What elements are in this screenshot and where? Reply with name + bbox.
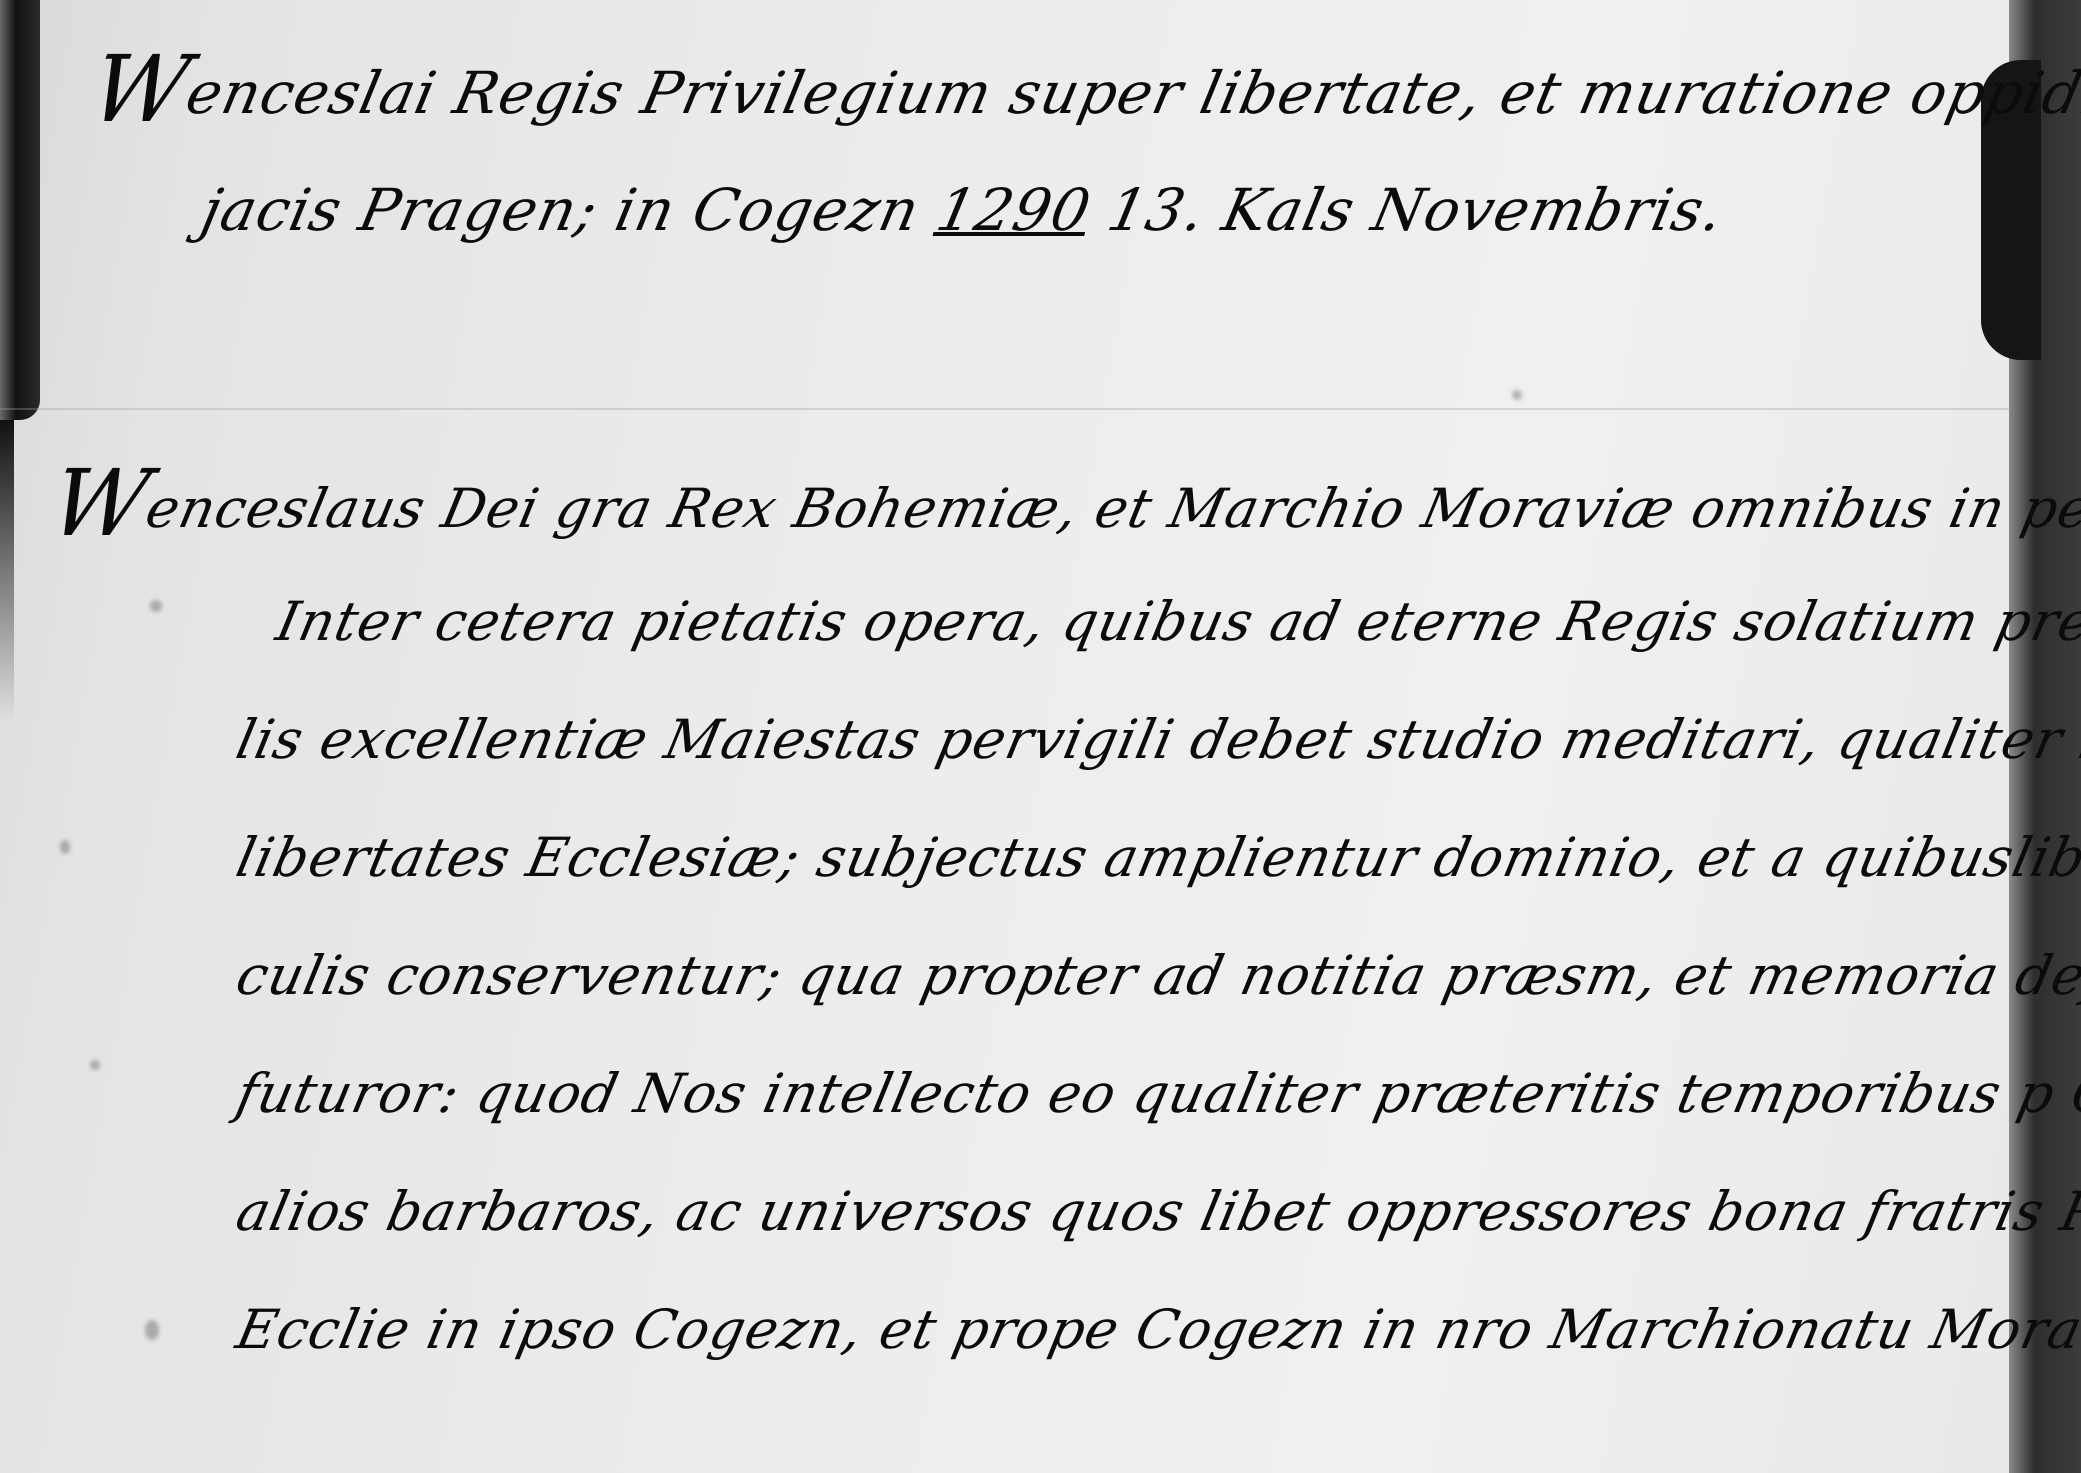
body-line-text: libertates Ecclesiæ; subjectus amplientu… (231, 826, 2081, 889)
body-line-2: Inter cetera pietatis opera, quibus ad e… (40, 563, 2025, 681)
body-line-text: futuror: quod Nos intellecto eo qualiter… (231, 1062, 2081, 1125)
body-line-text: culis conserventur; qua propter ad notit… (231, 944, 2081, 1007)
body-line-text: Ecclie in ipso Cogezn, et prope Cogezn i… (231, 1298, 2081, 1361)
ink-speck (1512, 390, 1522, 400)
heading-date: 13. Kals Novembris. (1102, 176, 1730, 244)
body-line-text: lis excellentiæ Maiestas pervigili debet… (231, 708, 2081, 771)
document-heading: Wenceslai Regis Privilegium super libert… (80, 30, 1980, 270)
document-body: Wenceslaus Dei gra Rex Bohemiæ, et March… (40, 445, 2000, 1389)
body-line-1: Wenceslaus Dei gra Rex Bohemiæ, et March… (40, 445, 2025, 563)
heading-line-1-text: enceslai Regis Privilegium super liberta… (180, 59, 2081, 127)
body-line-7: alios barbaros, ac universos quos libet … (40, 1153, 2025, 1271)
body-line-6: futuror: quod Nos intellecto eo qualiter… (40, 1035, 2025, 1153)
body-line-text: enceslaus Dei gra Rex Bohemiæ, et Marchi… (140, 477, 2081, 540)
page-edge-left-shadow (0, 420, 14, 720)
body-line-text: alios barbaros, ac universos quos libet … (231, 1180, 2081, 1243)
body-line-3: lis excellentiæ Maiestas pervigili debet… (40, 681, 2025, 799)
manuscript-page: Wenceslai Regis Privilegium super libert… (0, 0, 2081, 1473)
page-edge-left (0, 0, 40, 420)
body-line-5: culis conserventur; qua propter ad notit… (40, 917, 2025, 1035)
body-line-text: Inter cetera pietatis opera, quibus ad e… (271, 590, 2081, 653)
heading-place: jacis Pragen; in Cogezn (196, 176, 926, 244)
heading-year: 1290 (931, 176, 1097, 244)
photo-seam (0, 408, 2010, 410)
heading-line-2: jacis Pragen; in Cogezn 1290 13. Kals No… (80, 150, 2006, 270)
heading-line-1: Wenceslai Regis Privilegium super libert… (80, 30, 2006, 150)
body-line-4: libertates Ecclesiæ; subjectus amplientu… (40, 799, 2025, 917)
decorated-initial: W (41, 450, 159, 557)
body-line-8: Ecclie in ipso Cogezn, et prope Cogezn i… (40, 1271, 2025, 1389)
